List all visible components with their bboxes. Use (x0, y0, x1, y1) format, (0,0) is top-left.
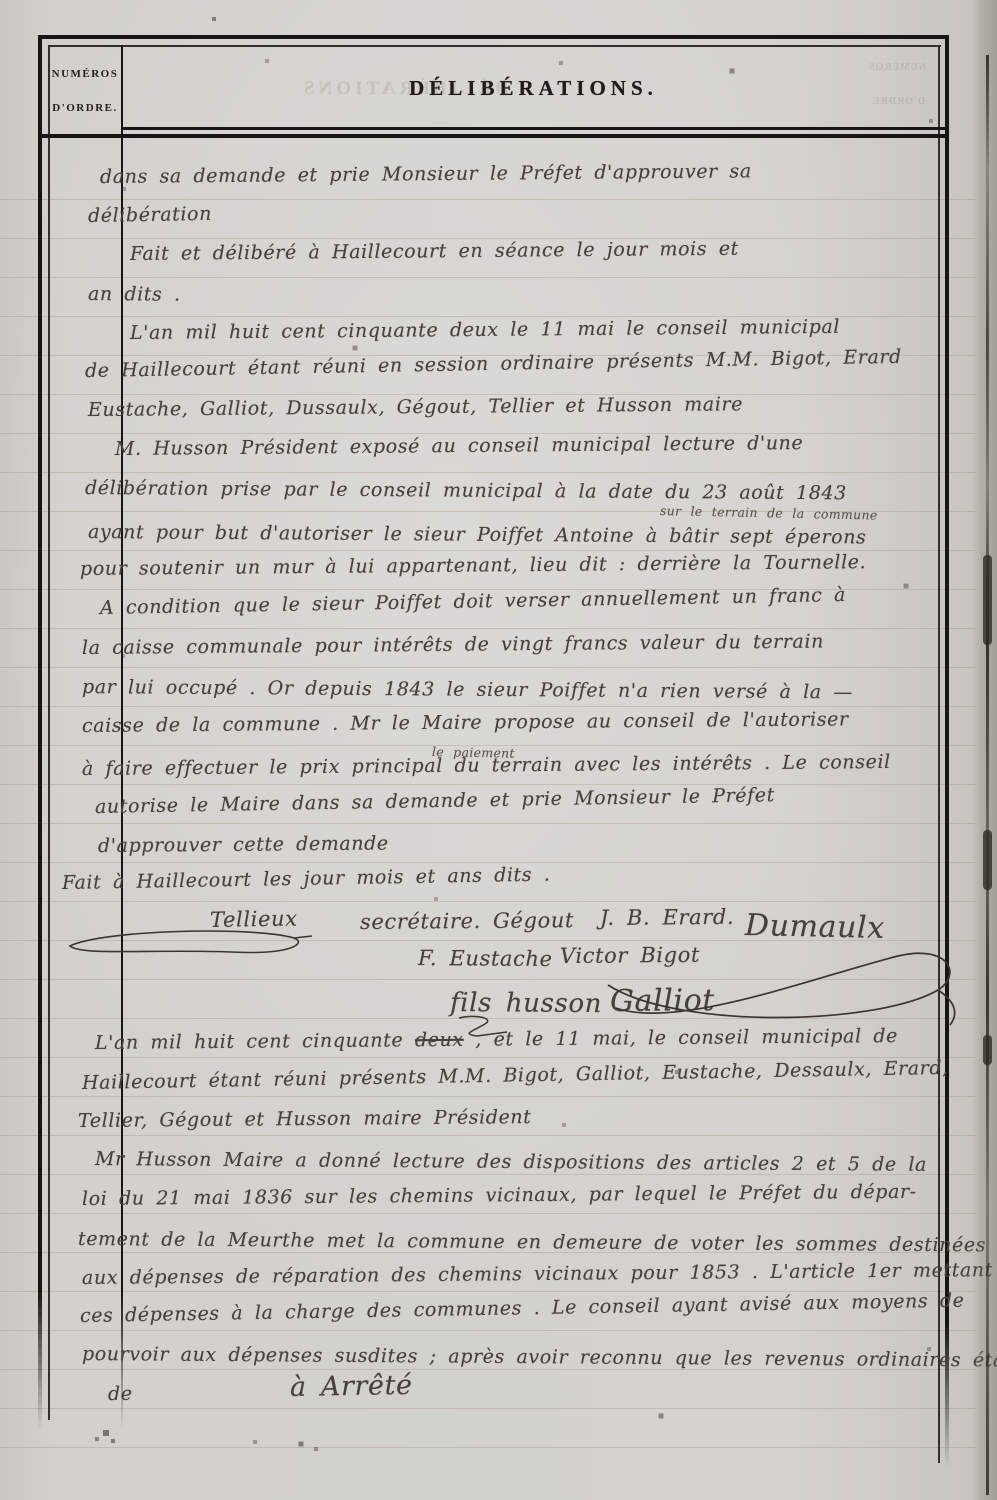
manuscript-line: d'approuver cette demande (98, 832, 389, 857)
frame-top-outer (38, 35, 949, 39)
manuscript-line: Tellier, Gégout et Husson maire Présiden… (78, 1106, 532, 1132)
page-edge-shadow (971, 0, 997, 1500)
order-column-header-line1: NUMÉROS (48, 68, 122, 80)
signature-flourish (62, 922, 312, 964)
binding-streak (986, 55, 989, 1495)
header-rule-upper (122, 127, 945, 130)
frame-top-inner (48, 45, 941, 47)
amended-prefix: L'an mil huit cent cinquante (95, 1029, 415, 1054)
closing-word: de (108, 1383, 133, 1405)
binding-mark (983, 830, 992, 890)
binding-mark (983, 1035, 992, 1065)
paper-specks (0, 0, 2, 2)
bleedthrough-title: DÉLIBÉRATIONS (300, 78, 509, 100)
order-column-separator (121, 45, 123, 1430)
page-title: DÉLIBÉRATIONS. (122, 76, 945, 101)
signature: J. B. Erard. (600, 905, 734, 930)
order-column-header-line2: D'ORDRE. (48, 102, 122, 114)
frame-left-inner (48, 45, 50, 1420)
bleedthrough-ordre: D'ORDRE (872, 96, 925, 107)
signature: F. Eustache (418, 946, 553, 971)
binding-mark (983, 555, 992, 645)
bleedthrough-numeros: NUMÉROS (868, 62, 926, 73)
frame-left-outer (38, 35, 42, 1430)
signature-flourish (598, 930, 968, 1040)
header-rule-lower (40, 134, 945, 138)
amended-struck-word: deux (415, 1029, 464, 1051)
manuscript-line: délibération (88, 203, 212, 227)
closing-decree: à Arrêté (290, 1370, 413, 1403)
signature: secrétaire. Gégout (360, 908, 574, 934)
amended-suffix: , et le 11 mai, le conseil municipal de (464, 1025, 898, 1051)
manuscript-line: an dits . (88, 283, 181, 306)
